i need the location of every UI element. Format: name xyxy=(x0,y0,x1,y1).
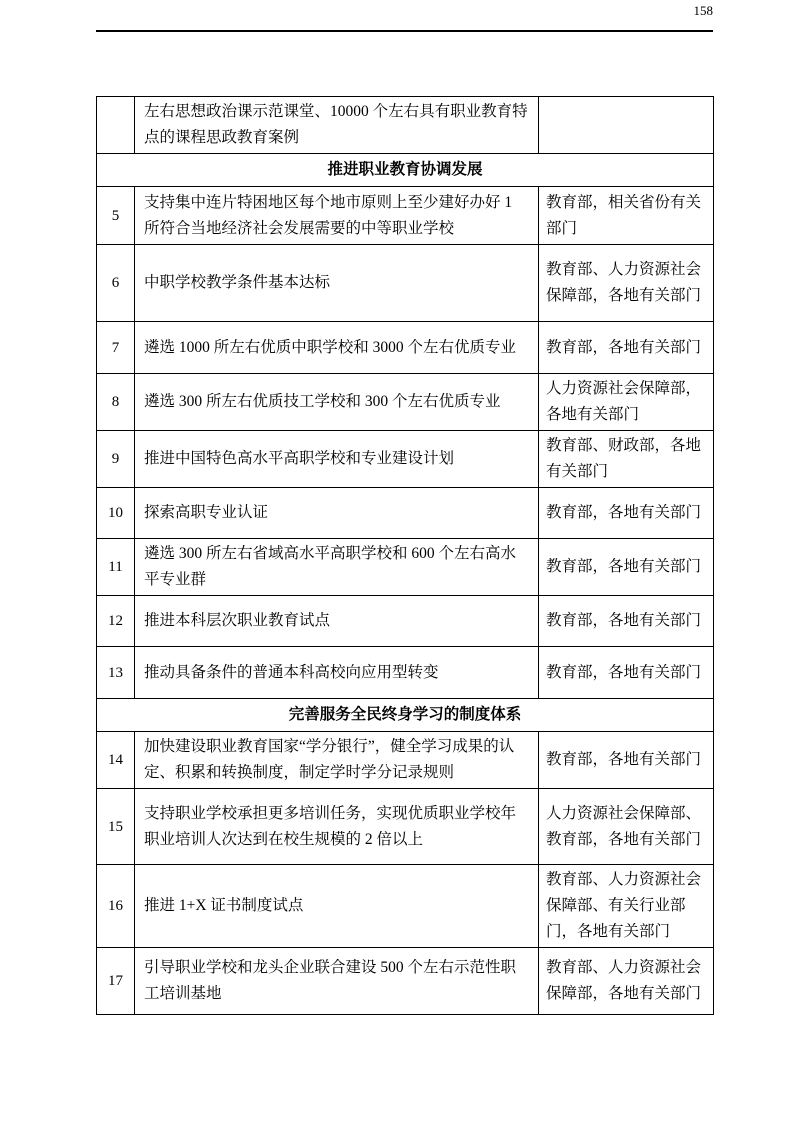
section-header-row: 推进职业教育协调发展 xyxy=(97,154,714,187)
row-number-cell xyxy=(97,97,135,154)
table-row: 6中职学校教学条件基本达标教育部、人力资源社会保障部，各地有关部门 xyxy=(97,245,714,322)
task-cell: 引导职业学校和龙头企业联合建设 500 个左右示范性职工培训基地 xyxy=(135,948,539,1015)
row-number-cell: 10 xyxy=(97,488,135,539)
task-cell: 推进中国特色高水平高职学校和专业建设计划 xyxy=(135,431,539,488)
section-header-row: 完善服务全民终身学习的制度体系 xyxy=(97,699,714,732)
row-number-cell: 13 xyxy=(97,647,135,699)
responsible-department-cell: 教育部，各地有关部门 xyxy=(539,488,714,539)
table-row: 8遴选 300 所左右优质技工学校和 300 个左右优质专业人力资源社会保障部，… xyxy=(97,374,714,431)
action-plan-table: 左右思想政治课示范课堂、10000 个左右具有职业教育特点的课程思政教育案例推进… xyxy=(96,96,714,1015)
row-number-cell: 7 xyxy=(97,322,135,374)
task-cell: 加快建设职业教育国家“学分银行”，健全学习成果的认定、积累和转换制度，制定学时学… xyxy=(135,732,539,789)
table-row: 15支持职业学校承担更多培训任务，实现优质职业学校年职业培训人次达到在校生规模的… xyxy=(97,789,714,865)
responsible-department-cell: 教育部，各地有关部门 xyxy=(539,596,714,647)
table-row: 13推动具备条件的普通本科高校向应用型转变教育部，各地有关部门 xyxy=(97,647,714,699)
row-number-cell: 17 xyxy=(97,948,135,1015)
row-number-cell: 9 xyxy=(97,431,135,488)
row-number-cell: 15 xyxy=(97,789,135,865)
section-title: 完善服务全民终身学习的制度体系 xyxy=(97,699,714,732)
responsible-department-cell: 教育部，各地有关部门 xyxy=(539,732,714,789)
table-row: 7遴选 1000 所左右优质中职学校和 3000 个左右优质专业教育部，各地有关… xyxy=(97,322,714,374)
task-cell: 推动具备条件的普通本科高校向应用型转变 xyxy=(135,647,539,699)
table-row: 16推进 1+X 证书制度试点教育部、人力资源社会保障部、有关行业部门，各地有关… xyxy=(97,865,714,948)
table-row: 9推进中国特色高水平高职学校和专业建设计划教育部、财政部，各地有关部门 xyxy=(97,431,714,488)
task-cell: 中职学校教学条件基本达标 xyxy=(135,245,539,322)
table-row: 17引导职业学校和龙头企业联合建设 500 个左右示范性职工培训基地教育部、人力… xyxy=(97,948,714,1015)
header-rule xyxy=(96,30,713,32)
responsible-department-cell: 教育部、人力资源社会保障部、有关行业部门，各地有关部门 xyxy=(539,865,714,948)
table-row: 10探索高职专业认证教育部，各地有关部门 xyxy=(97,488,714,539)
table-body: 左右思想政治课示范课堂、10000 个左右具有职业教育特点的课程思政教育案例推进… xyxy=(97,97,714,1015)
task-cell: 推进 1+X 证书制度试点 xyxy=(135,865,539,948)
page-number: 158 xyxy=(0,2,713,20)
task-cell: 遴选 1000 所左右优质中职学校和 3000 个左右优质专业 xyxy=(135,322,539,374)
responsible-department-cell: 教育部，相关省份有关部门 xyxy=(539,187,714,245)
responsible-department-cell: 教育部，各地有关部门 xyxy=(539,322,714,374)
responsible-department-cell: 教育部、人力资源社会保障部，各地有关部门 xyxy=(539,245,714,322)
table-row: 14加快建设职业教育国家“学分银行”，健全学习成果的认定、积累和转换制度，制定学… xyxy=(97,732,714,789)
responsible-department-cell: 教育部、人力资源社会保障部，各地有关部门 xyxy=(539,948,714,1015)
responsible-department-cell: 人力资源社会保障部，各地有关部门 xyxy=(539,374,714,431)
responsible-department-cell xyxy=(539,97,714,154)
row-number-cell: 6 xyxy=(97,245,135,322)
task-cell: 探索高职专业认证 xyxy=(135,488,539,539)
row-number-cell: 8 xyxy=(97,374,135,431)
task-cell: 支持职业学校承担更多培训任务，实现优质职业学校年职业培训人次达到在校生规模的 2… xyxy=(135,789,539,865)
row-number-cell: 12 xyxy=(97,596,135,647)
row-number-cell: 14 xyxy=(97,732,135,789)
row-number-cell: 5 xyxy=(97,187,135,245)
table-row: 左右思想政治课示范课堂、10000 个左右具有职业教育特点的课程思政教育案例 xyxy=(97,97,714,154)
responsible-department-cell: 教育部，各地有关部门 xyxy=(539,539,714,596)
task-cell: 推进本科层次职业教育试点 xyxy=(135,596,539,647)
responsible-department-cell: 人力资源社会保障部、教育部，各地有关部门 xyxy=(539,789,714,865)
table-row: 12推进本科层次职业教育试点教育部，各地有关部门 xyxy=(97,596,714,647)
table-row: 11遴选 300 所左右省域高水平高职学校和 600 个左右高水平专业群教育部，… xyxy=(97,539,714,596)
row-number-cell: 16 xyxy=(97,865,135,948)
section-title: 推进职业教育协调发展 xyxy=(97,154,714,187)
task-cell: 左右思想政治课示范课堂、10000 个左右具有职业教育特点的课程思政教育案例 xyxy=(135,97,539,154)
responsible-department-cell: 教育部、财政部，各地有关部门 xyxy=(539,431,714,488)
task-cell: 遴选 300 所左右省域高水平高职学校和 600 个左右高水平专业群 xyxy=(135,539,539,596)
responsible-department-cell: 教育部，各地有关部门 xyxy=(539,647,714,699)
row-number-cell: 11 xyxy=(97,539,135,596)
task-cell: 遴选 300 所左右优质技工学校和 300 个左右优质专业 xyxy=(135,374,539,431)
table-row: 5支持集中连片特困地区每个地市原则上至少建好办好 1 所符合当地经济社会发展需要… xyxy=(97,187,714,245)
task-cell: 支持集中连片特困地区每个地市原则上至少建好办好 1 所符合当地经济社会发展需要的… xyxy=(135,187,539,245)
